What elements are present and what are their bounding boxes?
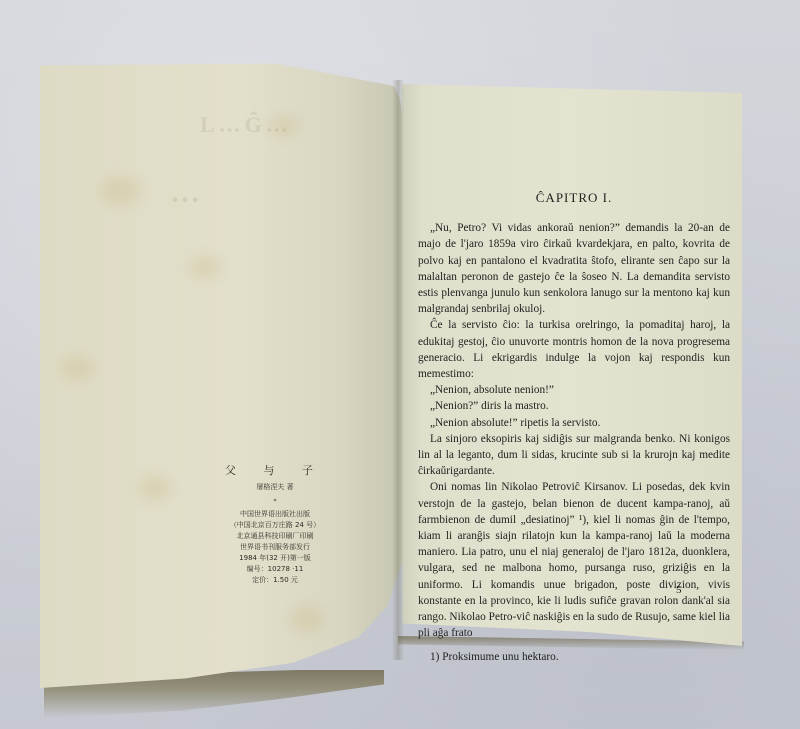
bleed-through-subtitle: … (170, 176, 204, 210)
dialog-line: „Nenion?” diris la mastro. (418, 398, 730, 414)
catalog-number: 编号：10278 ·11 (225, 564, 325, 575)
paper-stain (100, 176, 140, 206)
paragraph: Ĉe la servisto ĉio: la turkisa orelringo… (418, 317, 730, 382)
chapter-title: ĈAPITRO I. (418, 190, 730, 206)
printer-line: 北京通县科技印刷厂印刷 (225, 531, 325, 542)
separator-mark: * (225, 496, 325, 507)
bleed-through-title: L…Ĝ… (200, 112, 292, 138)
paper-stain (60, 356, 95, 381)
edition-line: 1984 年(32 开)第一版 (225, 553, 325, 564)
left-page: L…Ĝ… … (40, 56, 402, 688)
distributor-line: 世界语书刊服务部发行 (225, 542, 325, 553)
colophon-imprint: 父 与 子 屠格涅夫 著 * 中国世界语出版社出版 （中国北京百万庄路 24 号… (225, 465, 325, 586)
chapter-body: ĈAPITRO I. „Nu, Petro? Vi vidas ankoraŭ … (418, 180, 730, 677)
page-number: 5 (676, 584, 682, 596)
publisher-line: 中国世界语出版社出版 (225, 509, 325, 520)
dialog-line: „Nenion absolute!” ripetis la servisto. (418, 415, 730, 431)
paper-stain (190, 256, 220, 278)
paragraph: „Nu, Petro? Vi vidas ankoraŭ nenion?” de… (418, 220, 730, 317)
publisher-address: （中国北京百万庄路 24 号） (225, 520, 325, 531)
paper-stain (290, 606, 324, 632)
paragraph: La sinjoro eksopiris kaj sidiĝis sur mal… (418, 431, 730, 480)
paragraph: Oni nomas lin Nikolao Petroviĉ Kirsanov.… (418, 479, 730, 641)
footnote: 1) Proksimume unu hektaro. (418, 649, 730, 665)
book-title-chinese: 父 与 子 (225, 465, 325, 476)
price-line: 定价：1.50 元 (225, 575, 325, 586)
book-gutter (392, 80, 404, 660)
dialog-line: „Nenion, absolute nenion!” (418, 382, 730, 398)
author-line: 屠格涅夫 著 (225, 482, 325, 493)
paper-stain (140, 476, 170, 500)
